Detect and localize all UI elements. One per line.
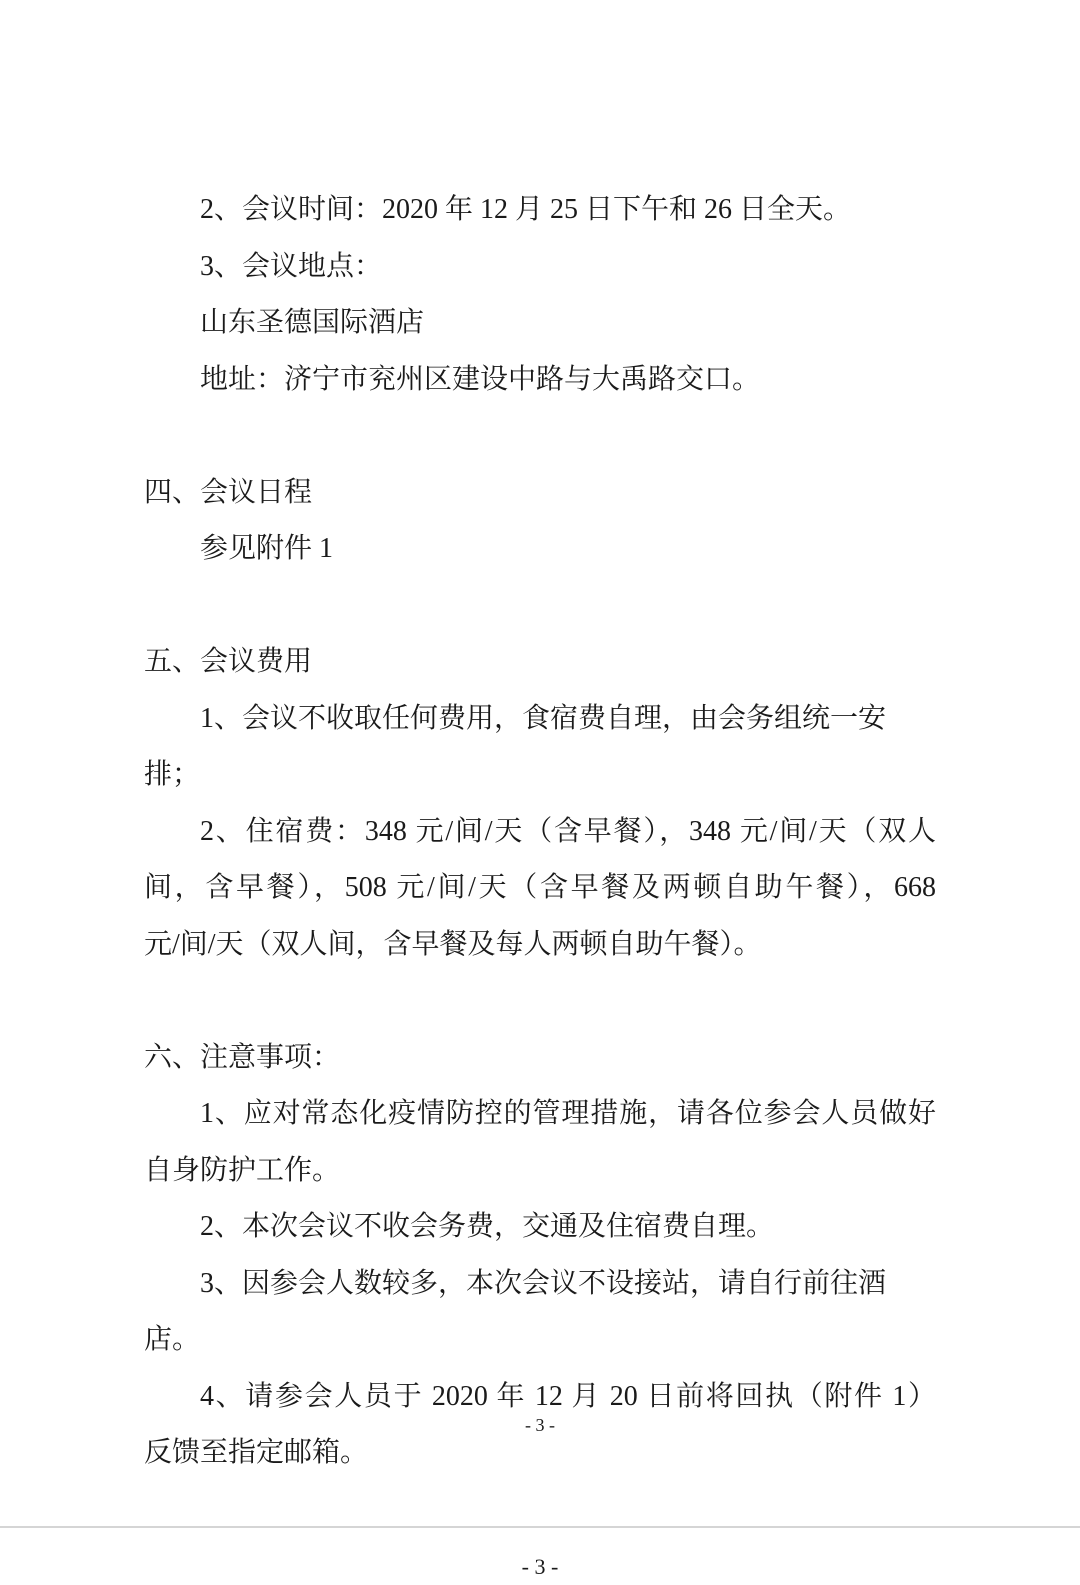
paragraph-agenda-reference: 参见附件 1: [144, 521, 936, 578]
paragraph-fees-item2-line2: 间，含早餐），508 元/间/天（含早餐及两顿自助午餐），668: [144, 860, 936, 917]
section-heading-agenda: 四、会议日程: [144, 465, 936, 522]
section-heading-fees: 五、会议费用: [144, 634, 936, 691]
page-number-footer: - 3 -: [144, 1412, 936, 1438]
document-page: 2、会议时间：2020 年 12 月 25 日下午和 26 日全天。 3、会议地…: [0, 0, 1080, 1585]
paragraph-meeting-time: 2、会议时间：2020 年 12 月 25 日下午和 26 日全天。: [144, 182, 936, 239]
paragraph-fees-item2-line3: 元/间/天（双人间，含早餐及每人两顿自助午餐）。: [144, 917, 936, 974]
paragraph-hotel-name: 山东圣德国际酒店: [144, 295, 936, 352]
paragraph-note2: 2、本次会议不收会务费，交通及住宿费自理。: [144, 1199, 936, 1256]
paragraph-note3: 3、因参会人数较多，本次会议不设接站，请自行前往酒店。: [144, 1256, 936, 1369]
next-page-number-footer: - 3 -: [0, 1552, 1080, 1582]
paragraph-meeting-venue-label: 3、会议地点：: [144, 239, 936, 296]
paragraph-hotel-address: 地址：济宁市兖州区建设中路与大禹路交口。: [144, 352, 936, 409]
paragraph-note1-line1: 1、应对常态化疫情防控的管理措施，请各位参会人员做好: [144, 1086, 936, 1143]
paragraph-fees-item2-line1: 2、住宿费：348 元/间/天（含早餐），348 元/间/天（双人: [144, 804, 936, 861]
page-boundary-divider: [0, 1526, 1080, 1528]
section-heading-notes: 六、注意事项：: [144, 1030, 936, 1087]
document-body: 2、会议时间：2020 年 12 月 25 日下午和 26 日全天。 3、会议地…: [144, 0, 936, 1482]
paragraph-fees-item1: 1、会议不收取任何费用，食宿费自理，由会务组统一安排；: [144, 691, 936, 804]
paragraph-note1-line2: 自身防护工作。: [144, 1143, 936, 1200]
